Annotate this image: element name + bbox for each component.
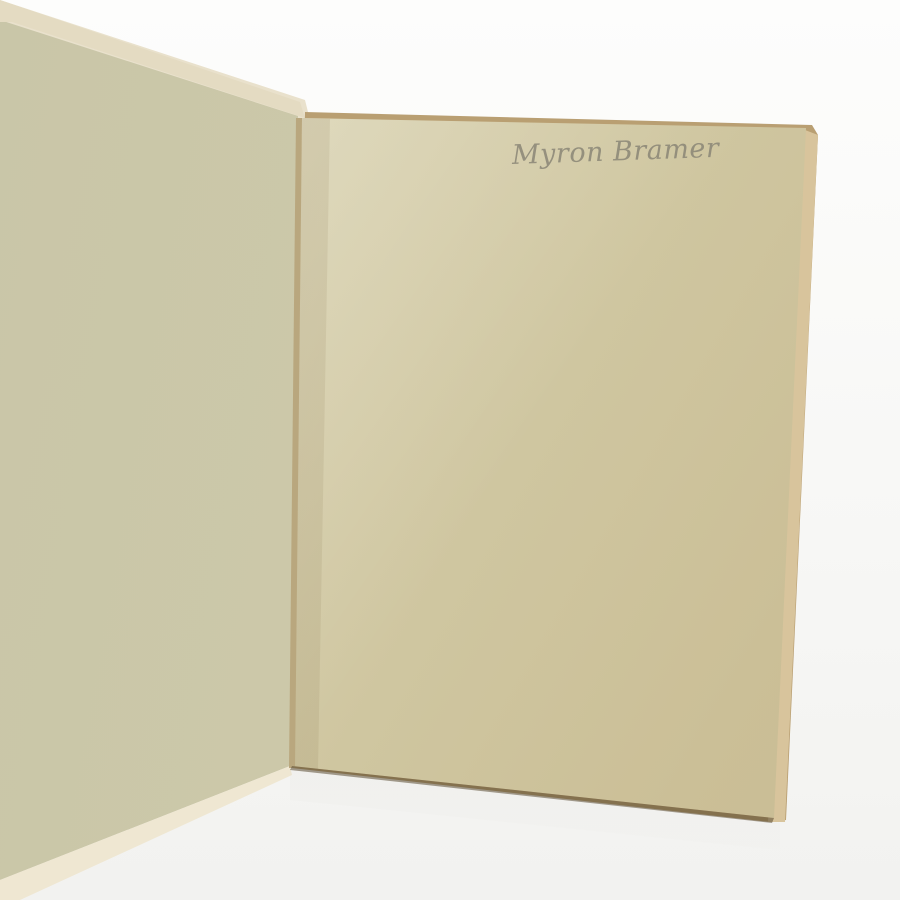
photo-scene: Myron Bramer bbox=[0, 0, 900, 900]
